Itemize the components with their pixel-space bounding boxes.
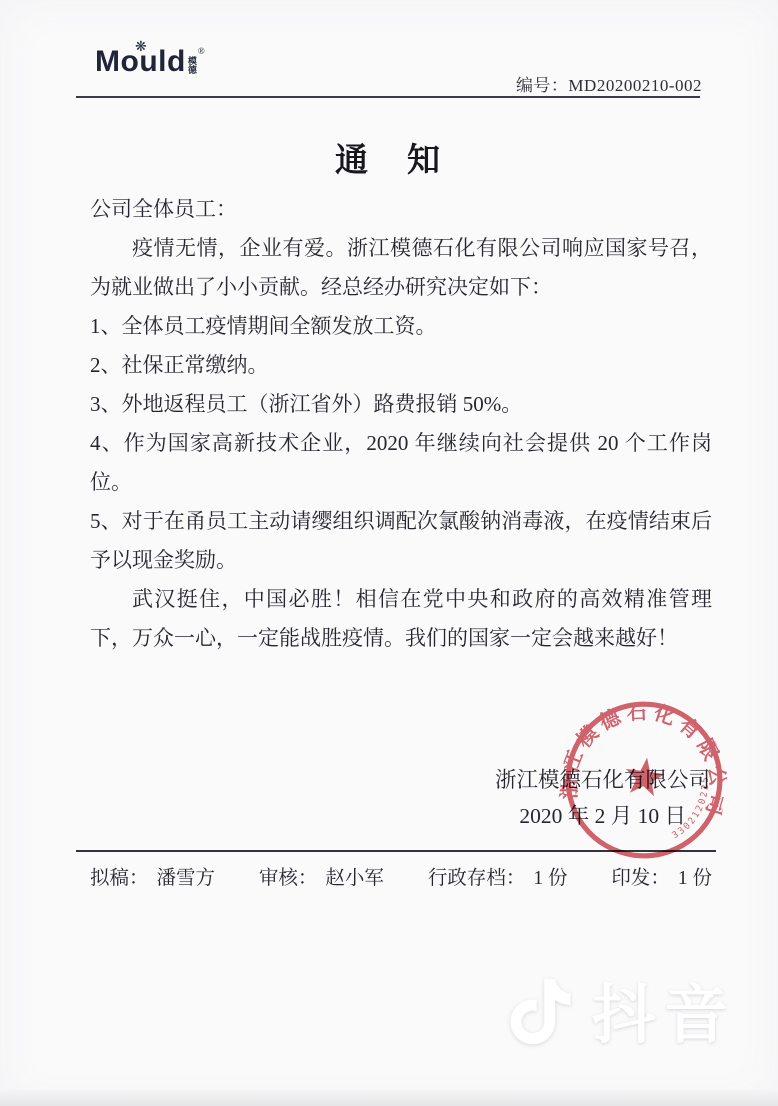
registered-trademark-icon: ® — [198, 46, 205, 56]
scanned-notice-document: Mould ❋ 模 德 ® 编号：MD20200210-002 通 知 公司全体… — [0, 0, 778, 1106]
footer-archive: 行政存档： 1 份 — [428, 862, 568, 890]
logo-wordmark: Mould ❋ — [95, 46, 186, 78]
intro-paragraph: 疫情无情，企业有爱。浙江模德石化有限公司响应国家号召，为就业做出了小小贡献。经总… — [90, 229, 712, 307]
archive-label: 行政存档： — [428, 862, 526, 890]
list-item-5: 5、对于在甬员工主动请缨组织调配次氯酸钠消毒液，在疫情结束后予以现金奖励。 — [90, 502, 712, 580]
reviewer-label: 审核： — [259, 862, 318, 890]
seal-company-arc-text: 浙江模德石化有限公司 — [553, 688, 737, 823]
drafter-label: 拟稿： — [90, 862, 149, 890]
logo-chinese-characters: 模 德 — [188, 57, 197, 75]
header-divider — [76, 96, 700, 98]
footer-fields: 拟稿： 潘雪方 审核： 赵小军 行政存档： 1 份 印发： 1 份 — [90, 862, 712, 890]
douyin-watermark: 抖音 — [504, 964, 736, 1056]
company-seal-stamp: 浙江模德石化有限公司 3302120225677 — [551, 687, 736, 872]
notice-title: 通 知 — [0, 134, 778, 181]
list-item-2: 2、社保正常缴纳。 — [90, 346, 712, 385]
svg-text:浙江模德石化有限公司: 浙江模德石化有限公司 — [553, 688, 737, 823]
company-logo: Mould ❋ 模 德 ® — [95, 46, 205, 78]
drafter-value: 潘雪方 — [157, 862, 216, 890]
document-number: 编号：MD20200210-002 — [516, 71, 702, 96]
logo-cn-bottom: 德 — [188, 66, 197, 75]
logo-spark-icon: ❋ — [135, 31, 147, 63]
salutation: 公司全体员工： — [90, 190, 712, 229]
closing-paragraph: 武汉挺住，中国必胜！相信在党中央和政府的高效精准管理下，万众一心，一定能战胜疫情… — [90, 580, 712, 658]
reviewer-value: 赵小军 — [325, 862, 384, 890]
print-label: 印发： — [611, 862, 670, 890]
list-item-1: 1、全体员工疫情期间全额发放工资。 — [90, 307, 712, 346]
footer-reviewer: 审核： 赵小军 — [259, 862, 384, 890]
archive-value: 1 份 — [533, 862, 567, 890]
list-item-4: 4、作为国家高新技术企业，2020 年继续向社会提供 20 个工作岗位。 — [90, 424, 712, 502]
scan-edge-shadow — [0, 1090, 778, 1106]
douyin-brand-text: 抖音 — [592, 964, 736, 1056]
list-item-3: 3、外地返程员工（浙江省外）路费报销 50%。 — [90, 385, 712, 424]
footer-drafter: 拟稿： 潘雪方 — [90, 862, 215, 890]
notice-body: 公司全体员工： 疫情无情，企业有爱。浙江模德石化有限公司响应国家号召，为就业做出… — [90, 190, 712, 658]
seal-star-icon — [623, 755, 667, 797]
douyin-note-icon — [504, 967, 578, 1053]
